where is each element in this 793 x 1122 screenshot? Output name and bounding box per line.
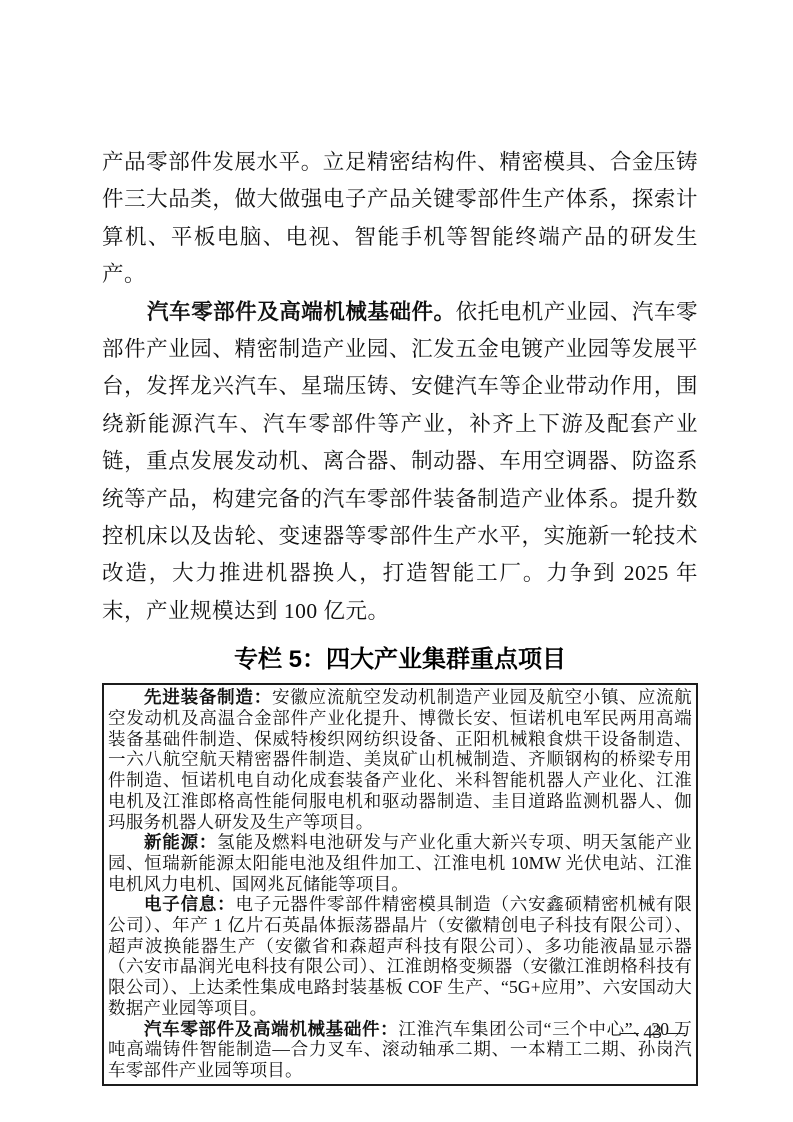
box-section-lead: 汽车零部件及高端机械基础件：: [144, 1019, 398, 1039]
box-section-auto-parts: 汽车零部件及高端机械基础件：江淮汽车集团公司“三个中心”、20 万吨高端铸件智能…: [108, 1019, 692, 1081]
key-projects-box: 先进装备制造：安徽应流航空发动机制造产业园及航空小镇、应流航空发动机及高温合金部…: [102, 683, 698, 1085]
paragraph-text: 产品零部件发展水平。立足精密结构件、精密模具、合金压铸件三大品类，做大做强电子产…: [102, 150, 698, 286]
paragraph-text: 依托电机产业园、汽车零部件产业园、精密制造产业园、汇发五金电镀产业园等发展平台，…: [102, 300, 698, 623]
box-section-lead: 新能源：: [144, 832, 217, 852]
box-section-lead: 电子信息：: [144, 894, 235, 914]
page-number: — 43 —: [620, 1021, 685, 1045]
body-paragraph-auto-parts: 汽车零部件及高端机械基础件。依托电机产业园、汽车零部件产业园、精密制造产业园、汇…: [102, 294, 698, 631]
box-section-new-energy: 新能源：氢能及燃料电池研发与产业化重大新兴专项、明天氢能产业园、恒瑞新能源太阳能…: [108, 832, 692, 894]
document-body: 产品零部件发展水平。立足精密结构件、精密模具、合金压铸件三大品类，做大做强电子产…: [102, 144, 698, 1086]
body-paragraph-continuation: 产品零部件发展水平。立足精密结构件、精密模具、合金压铸件三大品类，做大做强电子产…: [102, 144, 698, 294]
paragraph-bold-lead: 汽车零部件及高端机械基础件。: [147, 300, 456, 324]
box-section-lead: 先进装备制造：: [144, 687, 272, 707]
box-section-electronic-info: 电子信息：电子元器件零部件精密模具制造（六安鑫硕精密机械有限公司）、年产 1 亿…: [108, 894, 692, 1018]
box-section-advanced-equipment: 先进装备制造：安徽应流航空发动机制造产业园及航空小镇、应流航空发动机及高温合金部…: [108, 687, 692, 832]
box-section-text: 安徽应流航空发动机制造产业园及航空小镇、应流航空发动机及高温合金部件产业化提升、…: [108, 687, 692, 831]
document-page: 产品零部件发展水平。立足精密结构件、精密模具、合金压铸件三大品类，做大做强电子产…: [0, 0, 793, 1122]
column-box-title: 专栏 5：四大产业集群重点项目: [102, 645, 698, 675]
